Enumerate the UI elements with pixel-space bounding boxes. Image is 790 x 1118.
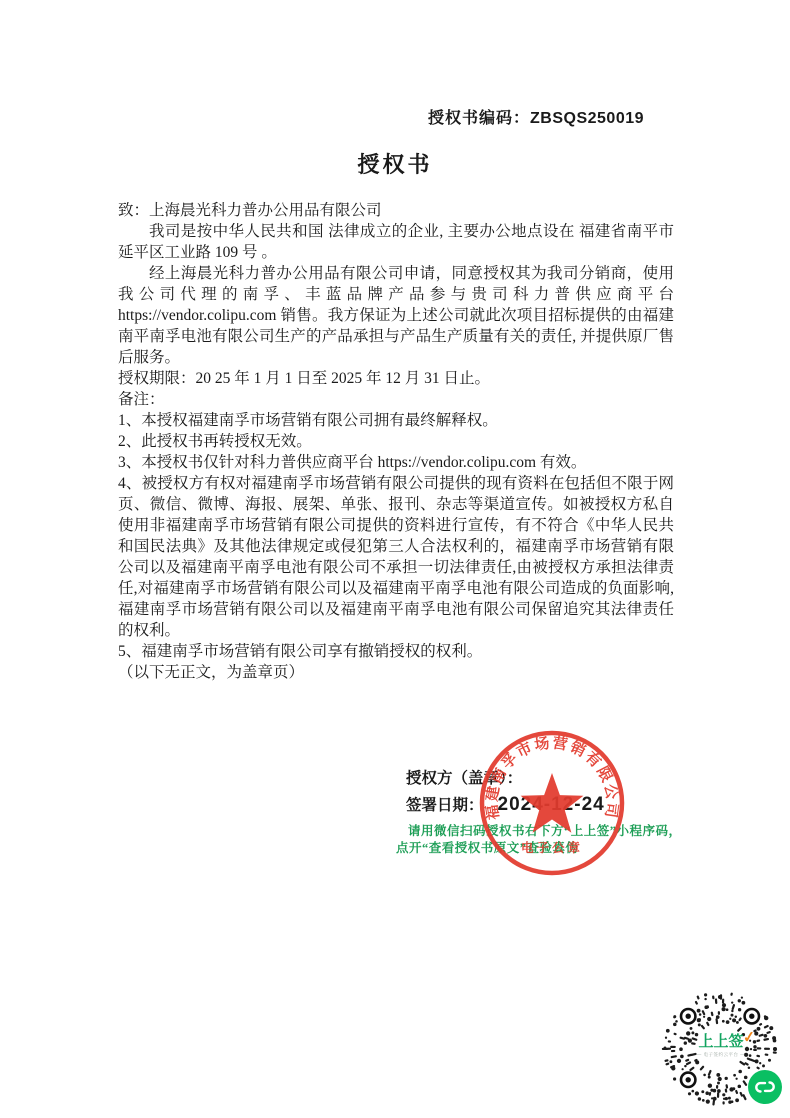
- body-paragraph: 1、本授权福建南孚市场营销有限公司拥有最终解释权。: [118, 410, 674, 431]
- page-title: 授权书: [0, 148, 790, 179]
- authorization-code: 授权书编码：ZBSQS250019: [428, 105, 644, 128]
- document-page: 授权书编码：ZBSQS250019 授权书 致：上海晨光科力普办公用品有限公司 …: [0, 0, 790, 1118]
- check-icon: ✓: [743, 1030, 757, 1046]
- company-seal: 福建南孚市场营销有限公司 电子公章: [477, 728, 627, 878]
- body-paragraph: 4、被授权方有权对福建南孚市场营销有限公司提供的现有资料在包括但不限于网页、微信…: [118, 473, 674, 641]
- authorization-code-label: 授权书编码：: [428, 110, 530, 127]
- qr-eye-icon: [681, 1073, 695, 1087]
- qr-eye-icon: [745, 1009, 759, 1023]
- document-body: 致：上海晨光科力普办公用品有限公司 我司是按中华人民共和国 法律成立的企业, 主…: [118, 200, 674, 683]
- body-paragraph: 3、本授权书仅针对科力普供应商平台 https://vendor.colipu.…: [118, 452, 674, 473]
- body-paragraph: 5、福建南孚市场营销有限公司享有撤销授权的权利。: [118, 641, 674, 662]
- miniprogram-badge-icon: [748, 1070, 782, 1104]
- miniprogram-s-icon: [754, 1076, 776, 1098]
- shangshangqian-logo: 上上签✓ — 电子签约云平台 —: [692, 1034, 750, 1058]
- body-paragraph: 经上海晨光科力普办公用品有限公司申请，同意授权其为我司分销商，使用我公司代理的南…: [118, 263, 674, 368]
- body-paragraph: （以下无正文，为盖章页）: [118, 662, 674, 683]
- seal-star-icon: [521, 773, 584, 833]
- body-paragraph: 我司是按中华人民共和国 法律成立的企业, 主要办公地点设在 福建省南平市延平区工…: [118, 221, 674, 263]
- sign-date-label: 签署日期：: [406, 797, 484, 814]
- body-paragraph: 2、此授权书再转授权无效。: [118, 431, 674, 452]
- authorization-code-value: ZBSQS250019: [530, 110, 644, 127]
- body-paragraph: 备注：: [118, 389, 674, 410]
- qr-brand-subtext: — 电子签约云平台 —: [692, 1053, 750, 1058]
- qr-brand-text: 上上签: [698, 1034, 743, 1049]
- body-paragraph: 授权期限：20 25 年 1 月 1 日至 2025 年 12 月 31 日止。: [118, 368, 674, 389]
- qr-eye-icon: [681, 1009, 695, 1023]
- seal-type-text: 电子公章: [521, 840, 583, 855]
- body-paragraph: 致：上海晨光科力普办公用品有限公司: [118, 200, 674, 221]
